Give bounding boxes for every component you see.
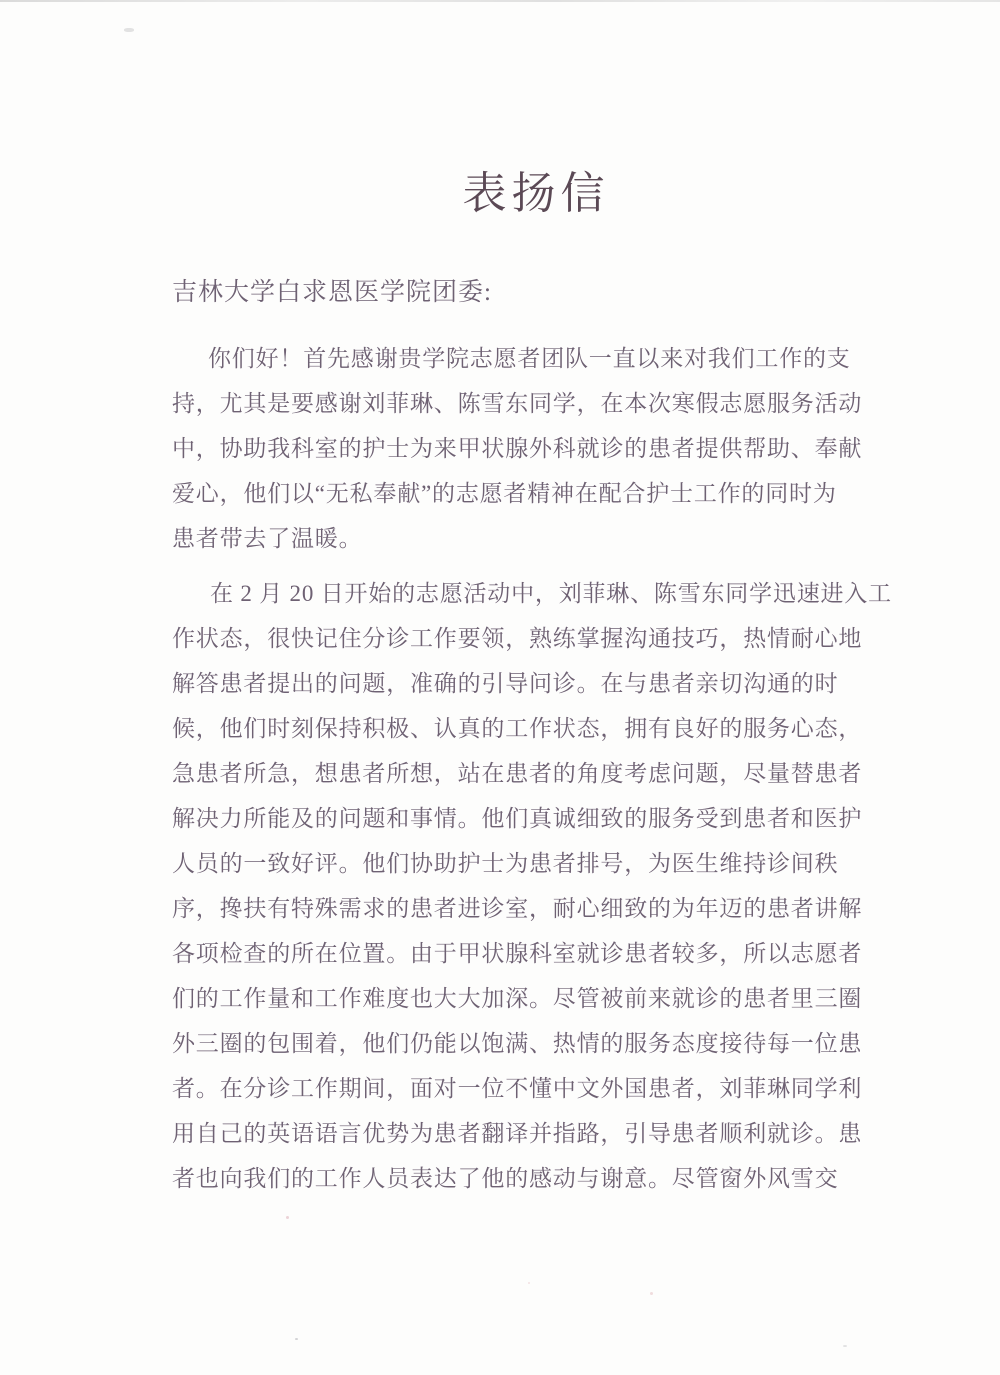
scan-edge-artifact [0,0,1000,2]
letter-line: 解答患者提出的问题，准确的引导问诊。在与患者亲切沟通的时 [172,661,882,706]
letter-line: 急患者所急，想患者所想，站在患者的角度考虑问题，尽量替患者 [172,751,882,796]
scan-speck [124,28,134,32]
letter-line: 候，他们时刻保持积极、认真的工作状态，拥有良好的服务心态， [172,706,882,751]
letter-line: 中，协助我科室的护士为来甲状腺外科就诊的患者提供帮助、奉献 [172,426,882,471]
letter-line: 们的工作量和工作难度也大大加深。尽管被前来就诊的患者里三圈 [172,976,882,1021]
letter-line: 人员的一致好评。他们协助护士为患者排号，为医生维持诊间秩 [172,841,882,886]
letter-line: 者。在分诊工作期间，面对一位不懂中文外国患者，刘菲琳同学利 [172,1066,882,1111]
letter-paragraph-1: 你们好！首先感谢贵学院志愿者团队一直以来对我们工作的支 持，尤其是要感谢刘菲琳、… [172,336,882,561]
letter-title: 表扬信 [36,157,1000,221]
letter-line: 各项检查的所在位置。由于甲状腺科室就诊患者较多，所以志愿者 [172,931,882,976]
letter-salutation: 吉林大学白求恩医学院团委: [172,270,492,315]
letter-line: 解决力所能及的问题和事情。他们真诚细致的服务受到患者和医护 [172,796,882,841]
letter-line: 者也向我们的工作人员表达了他的感动与谢意。尽管窗外风雪交 [172,1156,882,1201]
letter-line: 序，搀扶有特殊需求的患者进诊室，耐心细致的为年迈的患者讲解 [172,886,882,931]
letter-line: 在 2 月 20 日开始的志愿活动中，刘菲琳、陈雪东同学迅速进入工 [172,571,882,616]
scan-speck [843,1345,847,1347]
letter-line: 患者带去了温暖。 [172,516,882,561]
scan-speck [286,1216,289,1219]
scan-speck [295,1338,298,1340]
scan-speck [528,1282,530,1284]
letter-line: 用自己的英语语言优势为患者翻译并指路，引导患者顺利就诊。患 [172,1111,882,1156]
scanned-letter-page: 表扬信 吉林大学白求恩医学院团委: 你们好！首先感谢贵学院志愿者团队一直以来对我… [0,0,1000,1375]
letter-paragraph-2: 在 2 月 20 日开始的志愿活动中，刘菲琳、陈雪东同学迅速进入工 作状态，很快… [172,571,882,1201]
letter-line: 爱心，他们以“无私奉献”的志愿者精神在配合护士工作的同时为 [172,471,882,516]
letter-line: 外三圈的包围着，他们仍能以饱满、热情的服务态度接待每一位患 [172,1021,882,1066]
letter-line: 作状态，很快记住分诊工作要领，熟练掌握沟通技巧，热情耐心地 [172,616,882,661]
scan-speck [650,1292,653,1295]
letter-line: 持，尤其是要感谢刘菲琳、陈雪东同学，在本次寒假志愿服务活动 [172,381,882,426]
letter-line: 你们好！首先感谢贵学院志愿者团队一直以来对我们工作的支 [172,336,882,381]
